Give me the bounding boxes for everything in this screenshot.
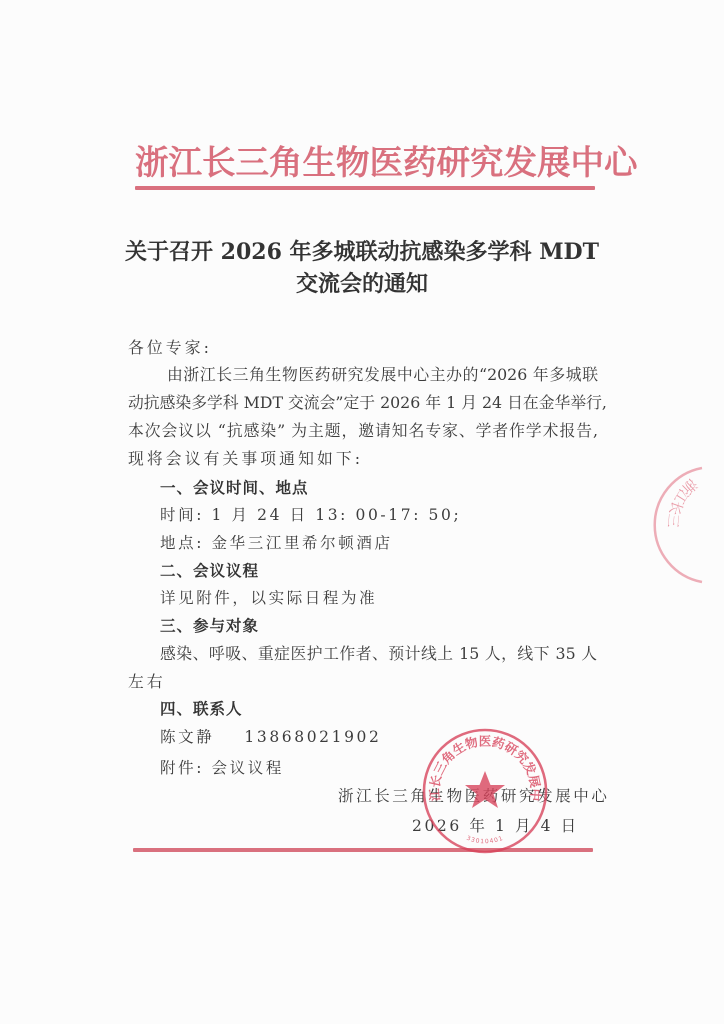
section-heading-contact: 四、联系人 — [160, 697, 243, 721]
letterhead-rule — [135, 186, 595, 190]
title-line-1: 关于召开 2026 年多城联动抗感染多学科 MDT — [100, 236, 624, 268]
intro-line-4: 现将会议有关事项通知如下: — [128, 447, 598, 471]
participants-line-2: 左右 — [128, 670, 598, 694]
title-line-2: 交流会的通知 — [100, 268, 624, 300]
attachment-note: 附件: 会议议程 — [160, 756, 284, 780]
meeting-time: 时间: 1 月 24 日 13: 00-17: 50; — [160, 503, 461, 527]
greeting: 各位专家: — [128, 336, 598, 360]
participants-line-1: 感染、呼吸、重症医护工作者、预计线上 15 人，线下 35 人 — [160, 642, 597, 666]
signature-organization: 浙江长三角生物医药研究发展中心 — [338, 784, 598, 808]
document-title: 关于召开 2026 年多城联动抗感染多学科 MDT 交流会的通知 — [100, 236, 624, 300]
svg-text:浙江长三: 浙江长三 — [664, 475, 701, 528]
signature-date: 2026 年 1 月 4 日 — [412, 814, 579, 838]
section-heading-agenda: 二、会议议程 — [160, 559, 259, 583]
intro-line-2: 动抗感染多学科 MDT 交流会”定于 2026 年 1 月 24 日在金华举行, — [128, 391, 598, 415]
section-heading-participants: 三、参与对象 — [160, 614, 259, 638]
intro-line-1: 由浙江长三角生物医药研究发展中心主办的“2026 年多城联 — [167, 363, 598, 387]
footer-rule — [133, 848, 593, 852]
partial-seal-text: 浙江长三 — [664, 475, 701, 528]
partial-seal-icon: 浙江长三 — [622, 462, 724, 587]
intro-line-3: 本次会议以 “抗感染” 为主题，邀请知名专家、学者作学术报告, — [128, 419, 598, 443]
document-page: 浙江长三角生物医药研究发展中心 关于召开 2026 年多城联动抗感染多学科 MD… — [0, 0, 724, 1024]
agenda-note: 详见附件，以实际日程为准 — [160, 586, 377, 610]
letterhead-title: 浙江长三角生物医药研究发展中心 — [135, 141, 595, 185]
section-heading-time-place: 一、会议时间、地点 — [160, 476, 309, 500]
meeting-place: 地点: 金华三江里希尔顿酒店 — [160, 531, 393, 555]
contact-person: 陈文静 13868021902 — [160, 725, 382, 749]
